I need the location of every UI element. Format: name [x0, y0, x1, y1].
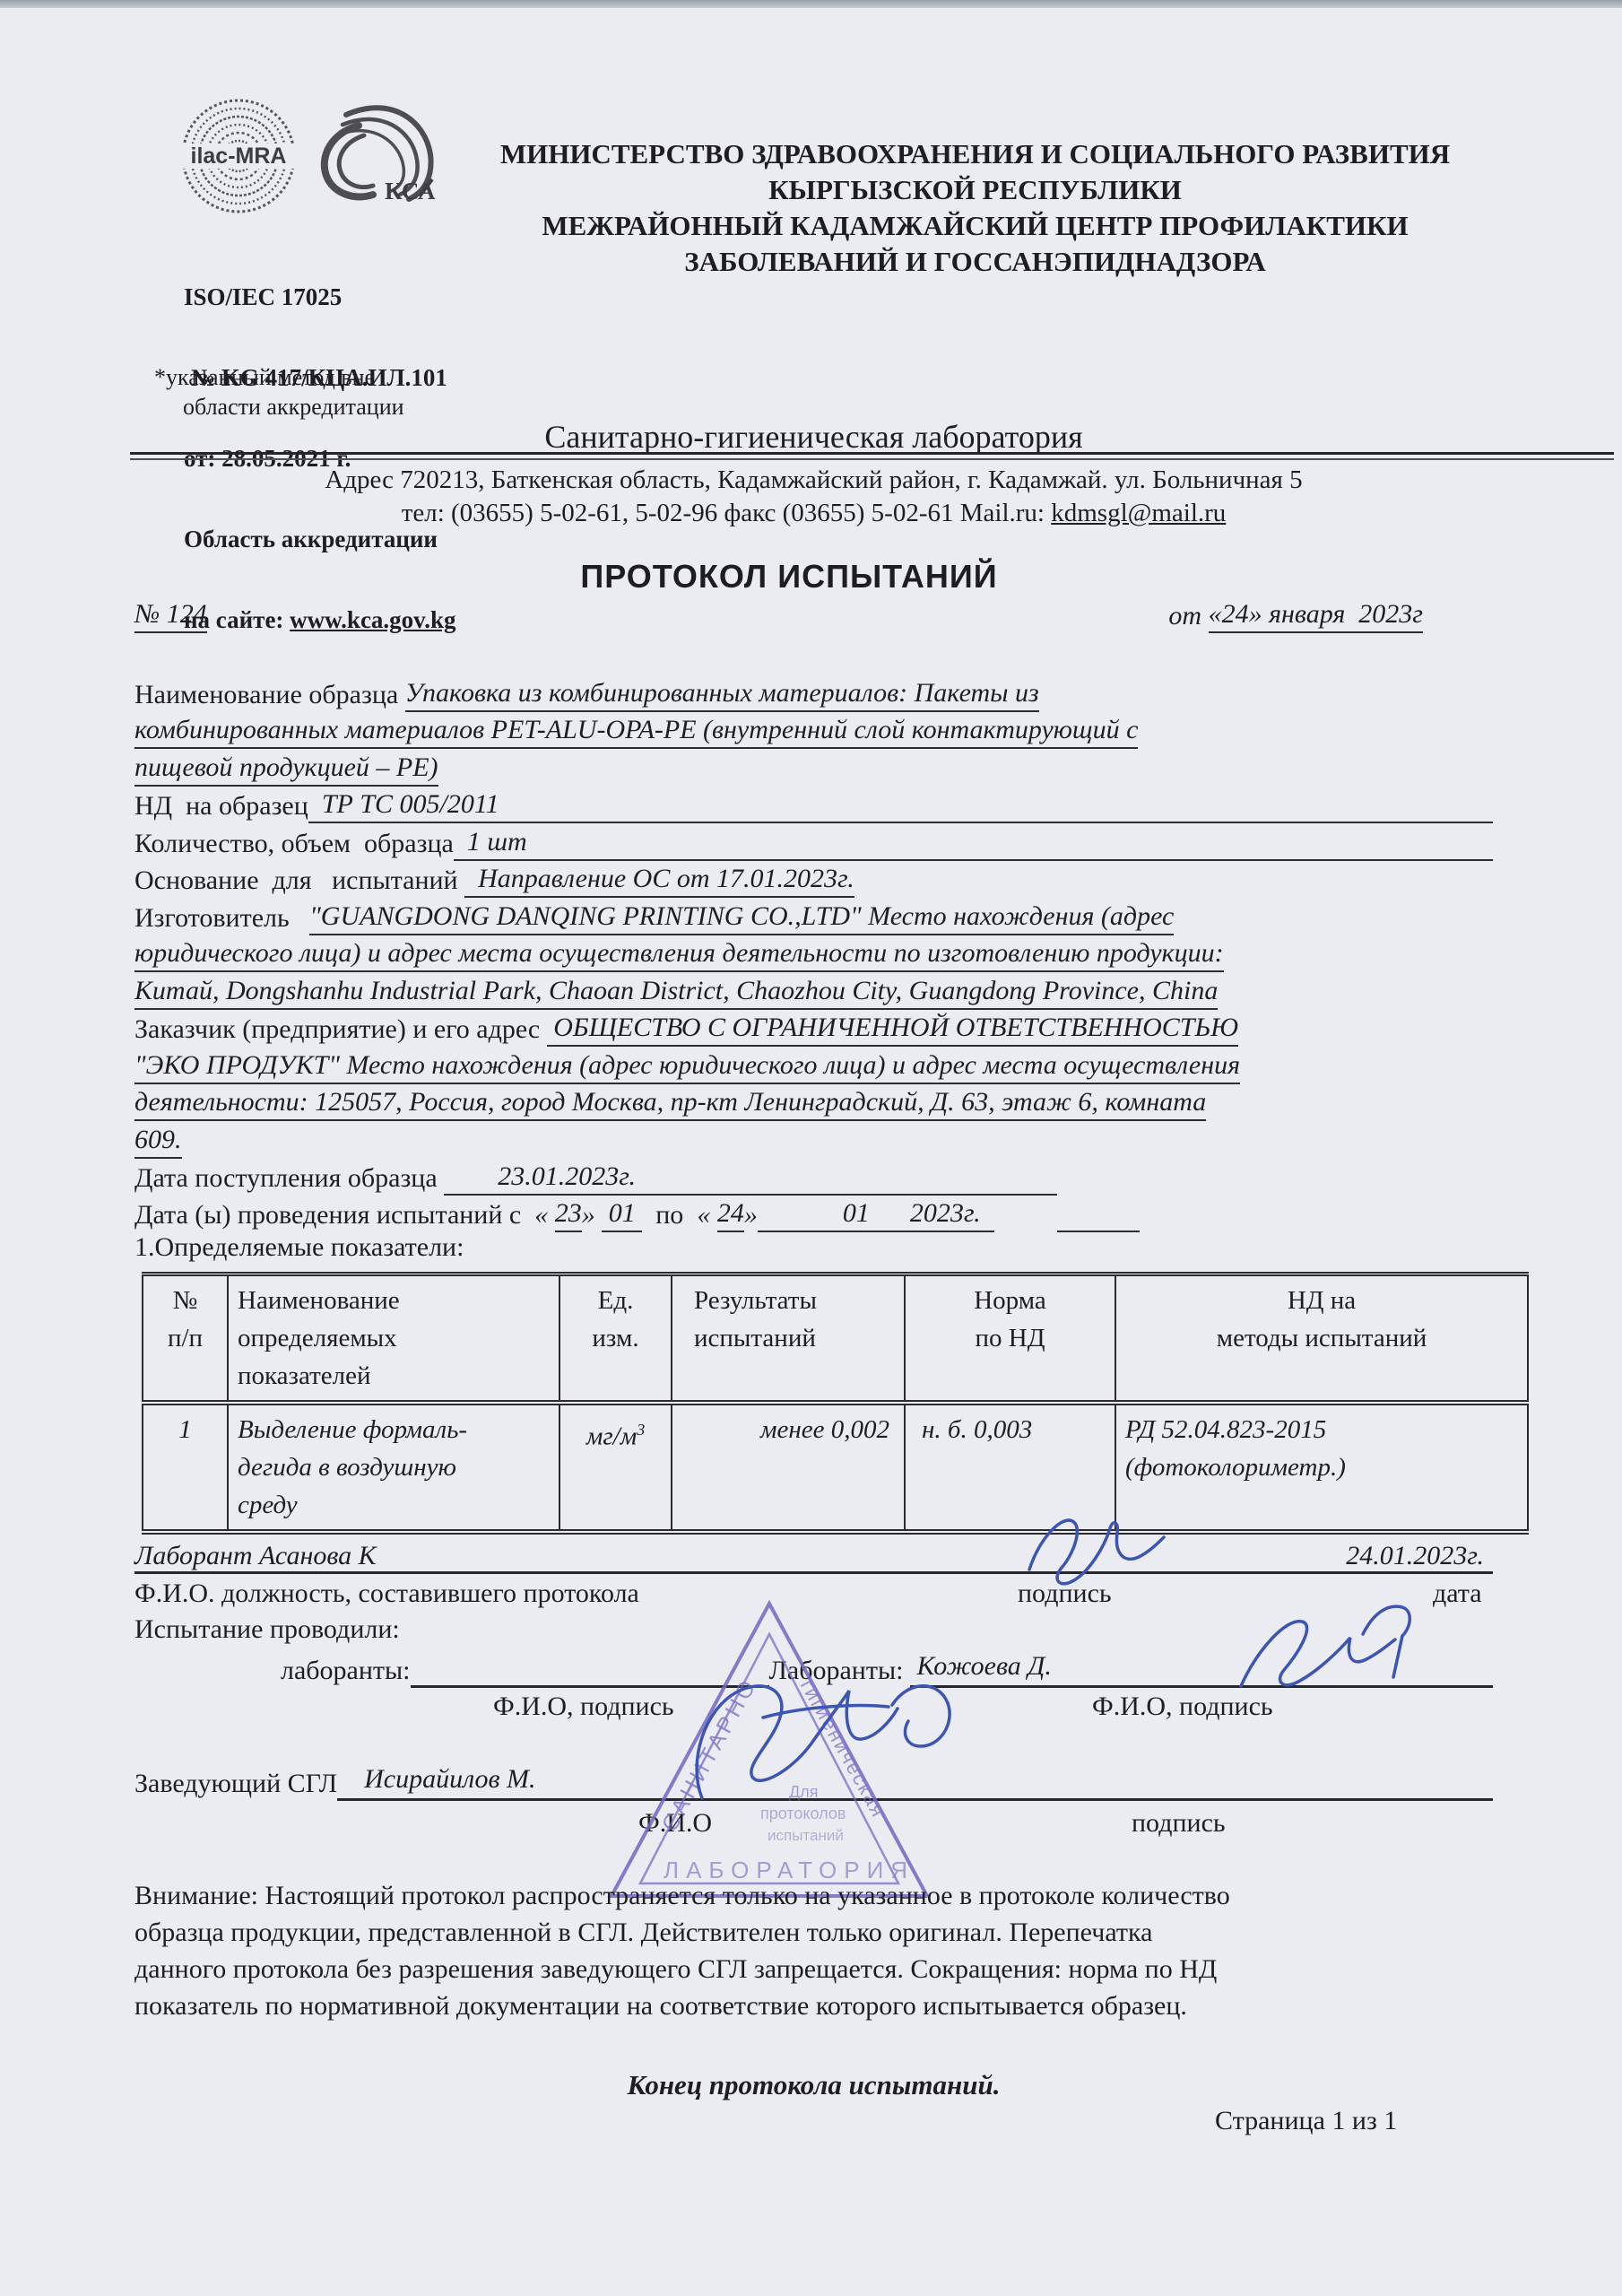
head-handwritten-signature	[677, 1664, 973, 1825]
accreditation-scope: Область аккредитации	[184, 526, 455, 552]
nd-label: НД на образец	[134, 791, 308, 823]
stamp-center-line2: протоколов	[760, 1805, 846, 1822]
laborants-row: лаборанты: Лаборанты: Кожоева Д.	[134, 1652, 1493, 1688]
table-row: 1 Выделение формаль- дегида в воздушную …	[143, 1403, 1528, 1532]
field-test-dates: Дата (ы) проведения испытаний с « 23 » 0…	[134, 1195, 1493, 1232]
ministry-header: МИНИСТЕРСТВО ЗДРАВООХРАНЕНИЯ И СОЦИАЛЬНО…	[444, 136, 1506, 280]
dates-to-month: 01	[758, 1198, 870, 1232]
customer-value3: деятельности: 125057, Россия, город Моск…	[134, 1087, 1206, 1121]
dates-q2: «	[697, 1200, 717, 1232]
lab-contacts: тел: (03655) 5-02-61, 5-02-96 факс (0365…	[134, 499, 1493, 528]
lab-right-rule	[1052, 1651, 1493, 1688]
compiler-date: 24.01.2023г.	[1346, 1541, 1484, 1571]
ministry-line1: МИНИСТЕРСТВО ЗДРАВООХРАНЕНИЯ И СОЦИАЛЬНО…	[444, 136, 1506, 172]
stamp-bottom-text: ЛАБОРАТОРИЯ	[664, 1857, 915, 1883]
conducted-label: Испытание проводили:	[134, 1614, 400, 1645]
head-caption-podpis: подпись	[1132, 1808, 1226, 1839]
head-label: Заведующий СГЛ	[134, 1769, 337, 1801]
cell-norm: н. б. 0,003	[905, 1403, 1115, 1532]
ministry-line3: МЕЖРАЙОННЫЙ КАДАМЖАЙСКИЙ ЦЕНТР ПРОФИЛАКТ…	[444, 208, 1506, 244]
scan-edge	[0, 0, 1622, 8]
lab-right-label: Лаборанты:	[769, 1656, 910, 1688]
basis-label: Основание для испытаний	[134, 865, 464, 898]
received-rule	[636, 1158, 1057, 1196]
caption-fio-podpis-right: Ф.И.О, подпись	[1092, 1692, 1273, 1722]
dates-q2c: »	[744, 1200, 758, 1232]
cell-num: 1	[143, 1403, 228, 1532]
compiler-name: Лаборант Асанова К	[134, 1541, 377, 1571]
field-customer-cont1: "ЭКО ПРОДУКТ" Место нахождения (адрес юр…	[134, 1047, 1493, 1084]
field-manufacturer-cont1: юридического лица) и адрес места осущест…	[134, 935, 1493, 972]
ministry-line2: КЫРГЫЗСКОЙ РЕСПУБЛИКИ	[444, 172, 1506, 208]
stamp-center-line3: испытаний	[768, 1827, 844, 1844]
col-norm: Норма по НД	[905, 1274, 1115, 1404]
unit-sup: 3	[637, 1421, 645, 1439]
field-manufacturer: Изготовитель "GUANGDONG DANQING PRINTING…	[134, 898, 1493, 935]
col-name: Наименование определяемых показателей	[228, 1274, 559, 1404]
header-divider	[130, 452, 1614, 460]
dates-q1c: »	[582, 1200, 603, 1232]
field-customer: Заказчик (предприятие) и его адрес ОБЩЕС…	[134, 1009, 1493, 1047]
note-line1: *указанный метод вне	[154, 362, 404, 392]
caption-fio-role: Ф.И.О. должность, составившего протокола	[134, 1578, 639, 1609]
field-customer-cont2: деятельности: 125057, Россия, город Моск…	[134, 1083, 1493, 1121]
dates-year: 2023г.	[870, 1198, 994, 1232]
quantity-value: 1 шт	[454, 827, 527, 861]
cell-unit: мг/м3	[559, 1403, 672, 1532]
field-manufacturer-cont2: Китай, Dongshanhu Industrial Park, Chaoa…	[134, 972, 1493, 1010]
protocol-number: № 124	[134, 599, 207, 633]
lab-left-label: лаборанты:	[281, 1656, 411, 1688]
results-table: № п/п Наименование определяемых показате…	[142, 1272, 1529, 1535]
dates-to-day: 24	[717, 1198, 744, 1232]
compiler-signature-row: Лаборант Асанова К 24.01.2023г.	[134, 1535, 1493, 1574]
head-signature-row: Заведующий СГЛ Исирайилов М.	[134, 1765, 1493, 1801]
lab-left-rule	[411, 1651, 769, 1688]
sample-name-value: Упаковка из комбинированных материалов: …	[405, 678, 1039, 712]
manufacturer-value: "GUANGDONG DANQING PRINTING CO.,LTD" Мес…	[309, 901, 1174, 935]
table-header-row: № п/п Наименование определяемых показате…	[143, 1274, 1528, 1404]
warning-line3: данного протокола без разрешения заведую…	[134, 1954, 1217, 1985]
field-sample-name: Наименование образца Упаковка из комбини…	[134, 674, 1493, 712]
head-value: Исирайилов М.	[337, 1764, 535, 1801]
warning-line1: Внимание: Настоящий протокол распростран…	[134, 1881, 1230, 1911]
head-rule	[536, 1764, 1493, 1801]
kca-logo: КСА	[301, 95, 438, 210]
lab-email: kdmsgl@mail.ru	[1051, 499, 1226, 527]
accreditation-note: *указанный метод вне области аккредитаци…	[154, 362, 404, 422]
field-quantity: Количество, объем образца 1 шт	[134, 823, 1493, 861]
customer-value: ОБЩЕСТВО С ОГРАНИЧЕННОЙ ОТВЕТСТВЕННОСТЬЮ	[547, 1013, 1238, 1047]
head-caption-fio: Ф.И.О	[638, 1808, 712, 1839]
cell-name: Выделение формаль- дегида в воздушную ср…	[228, 1403, 559, 1532]
protocol-title: ПРОТОКОЛ ИСПЫТАНИЙ	[134, 558, 1444, 596]
scanned-test-protocol: ilac-MRA КСА ISO/IEC 17025 № KG 417/КЦА.…	[0, 0, 1622, 2296]
basis-value: Направление ОС от 17.01.2023г.	[464, 864, 854, 898]
page-number: Страница 1 из 1	[1215, 2106, 1397, 2136]
field-sample-name-cont1: комбинированных материалов PET-ALU-OPA-P…	[134, 711, 1493, 749]
caption-data: дата	[1433, 1578, 1482, 1609]
warning-line2: образца продукции, представленной в СГЛ.…	[134, 1918, 1152, 1948]
dates-from-month: 01	[602, 1198, 642, 1232]
manufacturer-value2: юридического лица) и адрес места осущест…	[134, 938, 1224, 972]
protocol-number-row: № 124 от «24» января 2023г	[134, 599, 1493, 633]
caption-podpis: подпись	[1018, 1578, 1112, 1609]
field-basis: Основание для испытаний Направление ОС о…	[134, 860, 1493, 898]
customer-value4: 609.	[134, 1125, 182, 1159]
sample-name-value3: пищевой продукцией – PE)	[134, 752, 438, 787]
protocol-date: «24» января 2023г	[1209, 599, 1423, 633]
field-customer-cont3: 609.	[134, 1121, 1493, 1159]
manufacturer-label: Изготовитель	[134, 903, 309, 935]
indicators-section-title: 1.Определяемые показатели:	[134, 1232, 464, 1263]
protocol-date-prefix: от	[1168, 601, 1208, 633]
quantity-label: Количество, объем образца	[134, 829, 454, 861]
customer-label: Заказчик (предприятие) и его адрес	[134, 1014, 547, 1047]
sample-name-value2: комбинированных материалов PET-ALU-OPA-P…	[134, 715, 1138, 749]
manufacturer-value3: Китай, Dongshanhu Industrial Park, Chaoa…	[134, 976, 1218, 1010]
field-received-date: Дата поступления образца 23.01.2023г.	[134, 1158, 1493, 1196]
col-result: Результаты испытаний	[672, 1274, 905, 1404]
cell-result: менее 0,002	[672, 1403, 905, 1532]
dates-rule	[1057, 1195, 1140, 1232]
cell-method: РД 52.04.823-2015 (фотоколориметр.)	[1115, 1403, 1528, 1532]
field-sample-name-cont2: пищевой продукцией – PE)	[134, 749, 1493, 787]
unit-base: мг/м	[586, 1422, 637, 1451]
warning-line4: показатель по нормативной документации н…	[134, 1991, 1187, 2022]
ilac-mra-logo: ilac-MRA	[176, 93, 301, 219]
nd-rule	[499, 786, 1493, 823]
col-unit: Ед. изм.	[559, 1274, 672, 1404]
dates-label: Дата (ы) проведения испытаний с	[134, 1200, 534, 1232]
lab-name: Санитарно-гигиеническая лаборатория	[134, 418, 1493, 456]
nd-value: ТР ТС 005/2011	[308, 789, 499, 823]
sample-name-label: Наименование образца	[134, 680, 405, 712]
field-nd: НД на образец ТР ТС 005/2011	[134, 786, 1493, 823]
lab-address: Адрес 720213, Баткенская область, Кадамж…	[134, 465, 1493, 495]
quantity-rule	[527, 823, 1493, 861]
iso-standard: ISO/IEC 17025	[184, 283, 455, 310]
col-num: № п/п	[143, 1274, 228, 1404]
col-method: НД на методы испытаний	[1115, 1274, 1528, 1404]
end-of-protocol: Конец протокола испытаний.	[134, 2069, 1493, 2101]
received-label: Дата поступления образца	[134, 1163, 444, 1196]
received-value: 23.01.2023г.	[444, 1161, 636, 1196]
caption-fio-podpis-left: Ф.И.О, подпись	[493, 1692, 674, 1722]
customer-value2: "ЭКО ПРОДУКТ" Место нахождения (адрес юр…	[134, 1050, 1240, 1084]
lab-right-value: Кожоева Д.	[910, 1651, 1052, 1688]
contact-text: тел: (03655) 5-02-61, 5-02-96 факс (0365…	[402, 499, 1052, 527]
dates-from-day: 23	[555, 1198, 582, 1232]
triangular-lab-stamp: САНИТАРНО гигиеническая Для протоколов и…	[599, 1595, 940, 1904]
kca-logo-text: КСА	[385, 178, 436, 204]
dates-po: по	[642, 1200, 697, 1232]
ministry-line4: ЗАБОЛЕВАНИЙ И ГОССАНЭПИДНАДЗОРА	[444, 244, 1506, 280]
ilac-logo-text: ilac-MRA	[191, 143, 287, 169]
dates-q1: «	[534, 1200, 555, 1232]
